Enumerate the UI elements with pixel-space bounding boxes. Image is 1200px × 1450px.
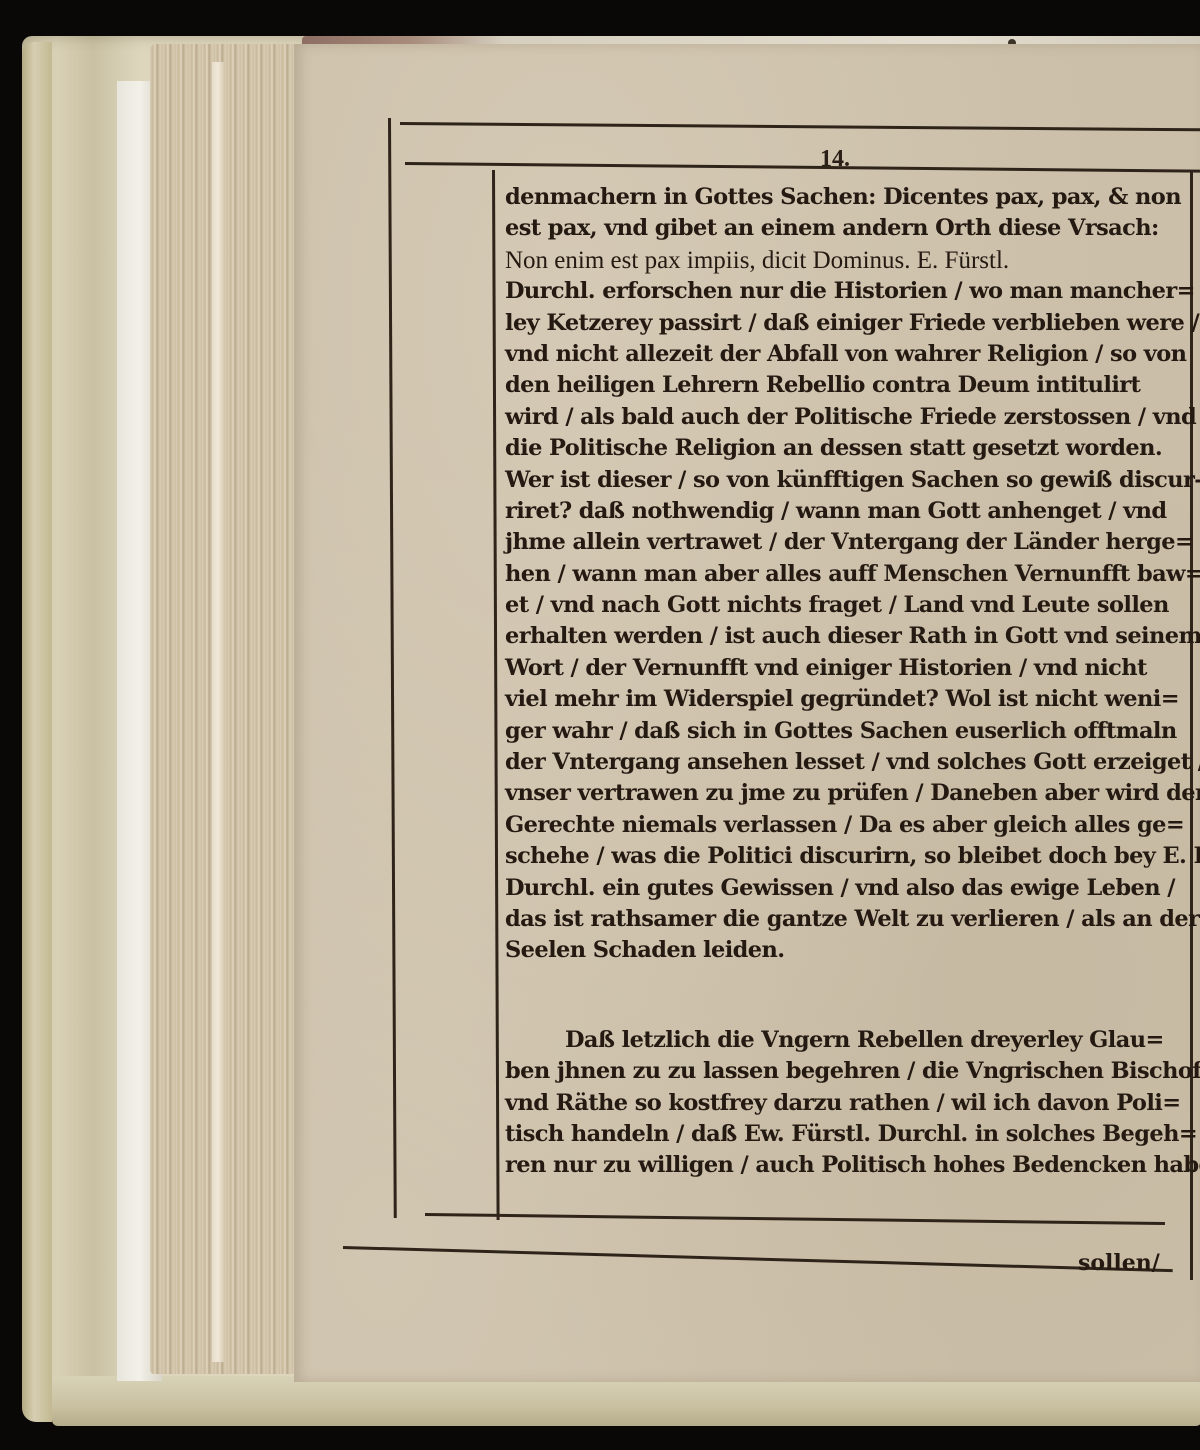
text-line: jhme allein vertrawet / der Vntergang de…	[505, 527, 1195, 558]
text-line: ren nur zu willigen / auch Politisch hoh…	[505, 1150, 1195, 1181]
text-line: denmachern in Gottes Sachen: Dicentes pa…	[505, 182, 1195, 213]
text-line: Wer ist dieser / so von künfftigen Sache…	[505, 465, 1195, 496]
text-line: das ist rathsamer die gantze Welt zu ver…	[505, 904, 1195, 935]
text-line: Durchl. erforschen nur die Historien / w…	[505, 276, 1195, 307]
paragraph-gap	[505, 967, 1195, 1025]
text-line: den heiligen Lehrern Rebellio contra Deu…	[505, 370, 1195, 401]
text-line-latin: Non enim est pax impiis, dicit Dominus. …	[505, 245, 1195, 276]
page-number: 14.	[820, 146, 850, 173]
cover-bottom-turn-in	[52, 1376, 1200, 1426]
text-line: ley Ketzerey passirt / daß einiger Fried…	[505, 308, 1195, 339]
catchword: sollen/	[1078, 1250, 1160, 1276]
text-line: hen / wann man aber alles auff Menschen …	[505, 559, 1195, 590]
page-edge-gap	[212, 62, 224, 1362]
text-line: et / vnd nach Gott nichts fraget / Land …	[505, 590, 1195, 621]
text-line: Durchl. ein gutes Gewissen / vnd also da…	[505, 873, 1195, 904]
text-line: vnd nicht allezeit der Abfall von wahrer…	[505, 339, 1195, 370]
text-line: vnd Räthe so kostfrey darzu rathen / wil…	[505, 1088, 1195, 1119]
text-line: viel mehr im Widerspiel gegründet? Wol i…	[505, 684, 1195, 715]
text-line: est pax, vnd gibet an einem andern Orth …	[505, 213, 1195, 244]
text-line: Seelen Schaden leiden.	[505, 935, 1195, 966]
text-line: Gerechte niemals verlassen / Da es aber …	[505, 810, 1195, 841]
text-line: ger wahr / daß sich in Gottes Sachen eus…	[505, 716, 1195, 747]
text-line: wird / als bald auch der Politische Frie…	[505, 402, 1195, 433]
text-line: Daß letzlich die Vngern Rebellen dreyerl…	[505, 1025, 1195, 1056]
text-line: ben jhnen zu zu lassen begehren / die Vn…	[505, 1056, 1195, 1087]
text-line: tisch handeln / daß Ew. Fürstl. Durchl. …	[505, 1119, 1195, 1150]
text-line: vnser vertrawen zu jme zu prüfen / Daneb…	[505, 778, 1195, 809]
text-line: schehe / was die Politici discurirn, so …	[505, 841, 1195, 872]
cover-spine-edge	[22, 42, 52, 1422]
body-text: denmachern in Gottes Sachen: Dicentes pa…	[505, 182, 1195, 1182]
text-line: die Politische Religion an dessen statt …	[505, 433, 1195, 464]
text-line: Wort / der Vernunfft vnd einiger Histori…	[505, 653, 1195, 684]
text-line: riret? daß nothwendig / wann man Gott an…	[505, 496, 1195, 527]
text-line: der Vntergang ansehen lesset / vnd solch…	[505, 747, 1195, 778]
text-line: erhalten werden / ist auch dieser Rath i…	[505, 621, 1195, 652]
